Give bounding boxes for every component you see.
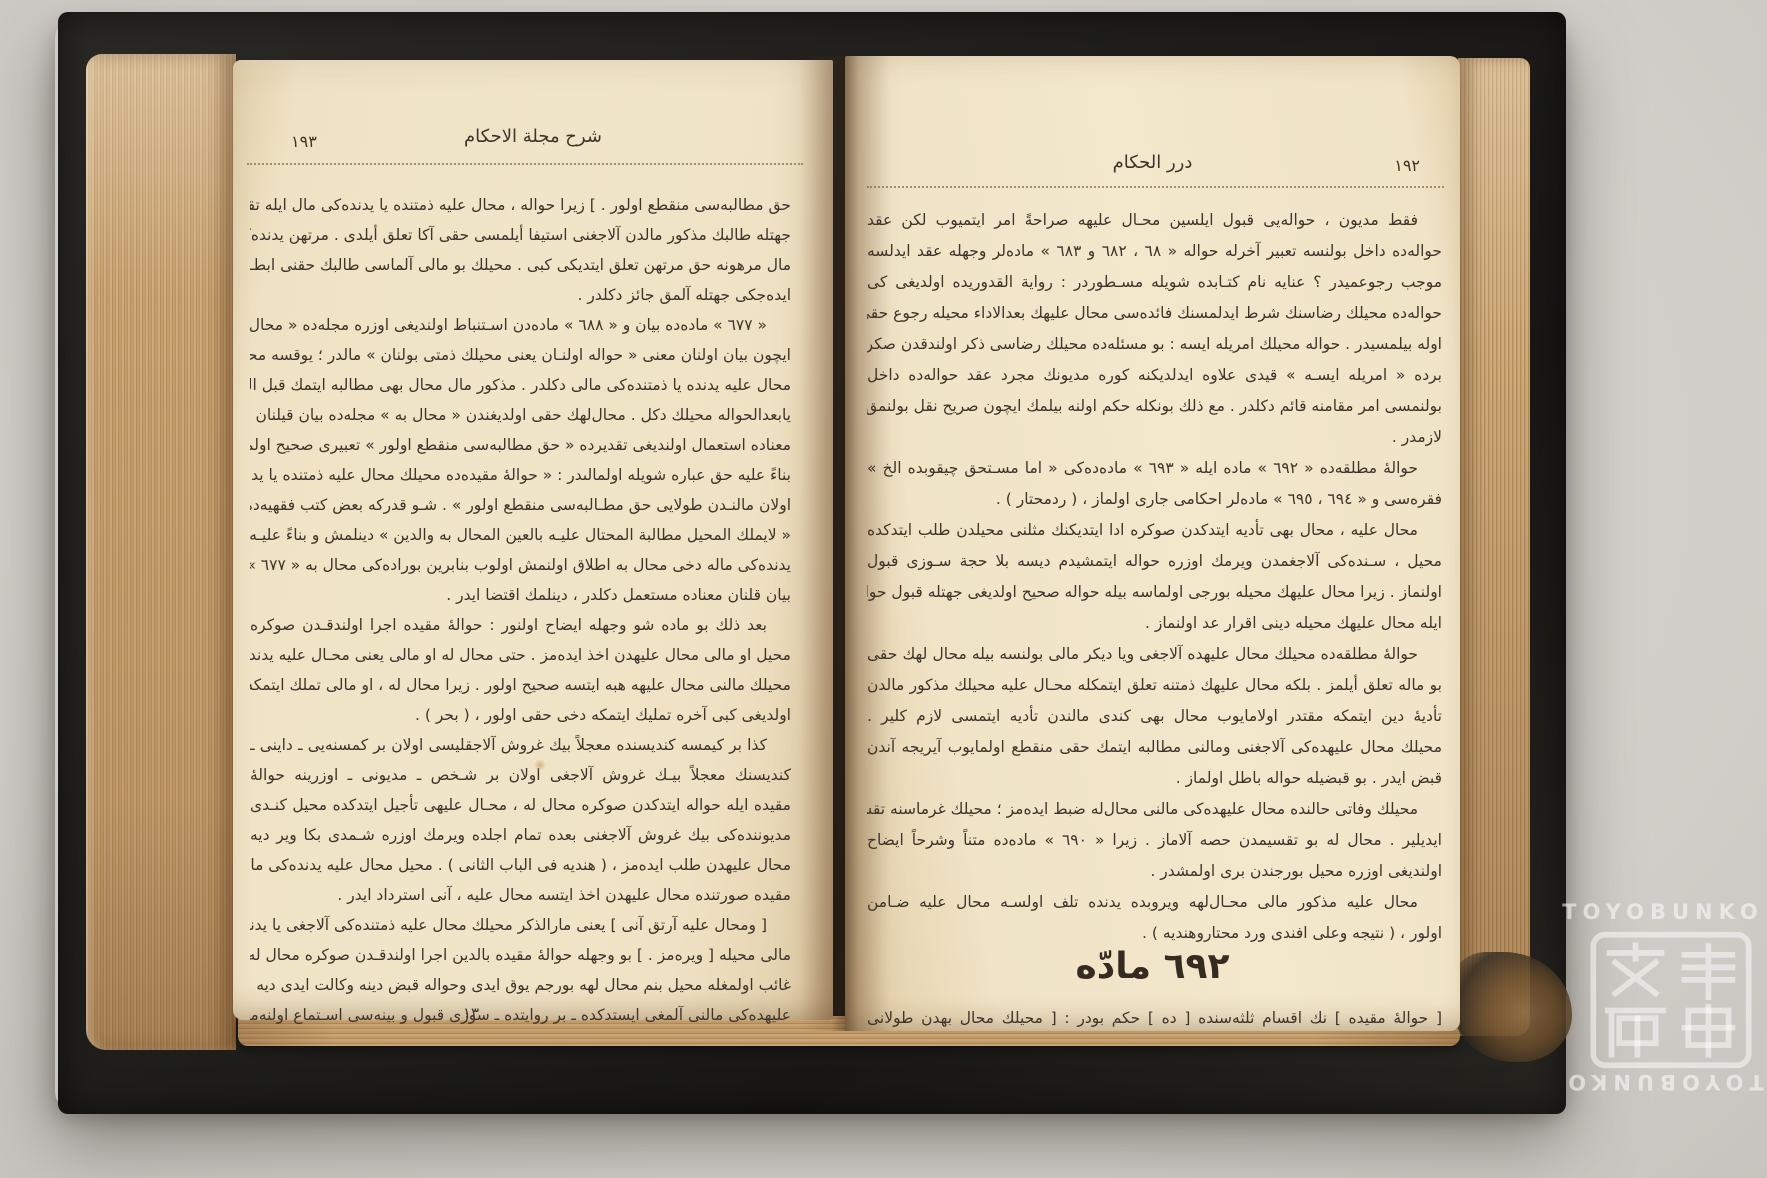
text-line: فقره‌سى و « ٦٩٤ ، ٦٩٥ » ماده‌لر احكامى ج… xyxy=(867,484,1442,515)
text-line: مقيده ايله حواله ايتدكدن صوكره محال له ،… xyxy=(250,790,791,820)
text-line: اولور ، ( نتيجه وعلى افندى ورد محتاروهند… xyxy=(867,918,1442,949)
text-line: كذا بر كيمسه كنديسنده معجلاً بيك غروش آل… xyxy=(250,730,791,760)
text-line: بيان قلنان معناده مستعمل دكلدر ، دينلمك … xyxy=(250,580,791,610)
text-line: محال عليه مذكور مالى محـال‌لهه ويروبده ي… xyxy=(867,887,1442,918)
toyo-bunko-watermark-text-mirrored: TOYOBUNKO xyxy=(1558,1070,1767,1094)
text-line: يدنده‌كى ماله دخى محال به اطلاق اولنمش ا… xyxy=(250,550,791,580)
text-line: « ٦٧٧ » ماده‌ده بيان و « ٦٨٨ » ماده‌دن ا… xyxy=(250,310,791,340)
text-line: اوله بيلمسيدر . حواله محيلك امريله ايسه … xyxy=(867,329,1442,360)
text-line: بولنمسى امر مقامنه قائم دكلدر . مع ذلك ب… xyxy=(867,391,1442,422)
text-line: قبض ايدر . بو قبضيله حواله باطل اولماز . xyxy=(867,763,1442,794)
text-line: ايچون بيان اولنان معنى « حواله اولنـان ي… xyxy=(250,340,791,370)
text-line: « لايملك المحيل مطالبة المحتال عليـه بال… xyxy=(250,520,791,550)
text-line: [ حوالهٔ مقيده ] نك اقسام ثلثه‌سنده [ ده… xyxy=(867,1002,1442,1034)
text-line: مالى محيله [ ويره‌مز . ] بو وجهله حوالهٔ… xyxy=(250,940,791,970)
text-line: حوالهٔ مطلقه‌ده محيلك محال عليهده آلاجغى… xyxy=(867,639,1442,670)
text-line: محال عليهدن طلب ايده‌مز ، ( هنديه فى الب… xyxy=(250,850,791,880)
text-line: برده « امريله ايسـه » قيدى علاوه ايدلديك… xyxy=(867,360,1442,391)
text-line: اولنماز . زيرا محال عليهك محيله بورجى او… xyxy=(867,577,1442,608)
text-line: بعد ذلك بو ماده شو وجهله ايضاح اولنور : … xyxy=(250,610,791,640)
page-edges-right xyxy=(1458,58,1530,1036)
right-page: ١٩٢ درر الحكام فقط مديون ، حواله‌يى قبول… xyxy=(845,56,1460,1031)
text-line: محيلك مالنى محال عليهه هبه ايتسه صحيح او… xyxy=(250,670,791,700)
text-line: محيل او مالى محال عليهدن اخذ ايده‌مز . ح… xyxy=(250,640,791,670)
text-line: حق مطالبه‌سى منقطع اولور . ] زيرا حواله … xyxy=(250,190,791,220)
text-line: جهتله طالبك مذكور مالدن آلاجغنى استيفا أ… xyxy=(250,220,791,250)
left-page-text: حق مطالبه‌سى منقطع اولور . ] زيرا حواله … xyxy=(250,190,791,1030)
text-line: غائب اولمغله محيل بنم محال لهه بورجم يوق… xyxy=(250,970,791,1000)
text-line: [ ومحال عليه آرتق آنى ] يعنى مارالذكر مح… xyxy=(250,910,791,940)
text-line: ايديلير . محال له بو تقسيمدن حصه آلاماز … xyxy=(867,825,1442,856)
book-photo: ١٩٣ شرح مجلة الاحكام حق مطالبه‌سى منقطع … xyxy=(0,0,1767,1178)
page-edges-left xyxy=(86,54,236,1050)
text-line: يابعدالحواله محيلك دكل . محال‌لهك حقى او… xyxy=(250,400,791,430)
text-line: محال عليه يدنده يا ذمتنده‌كى مالى دكلدر … xyxy=(250,370,791,400)
text-line: اولديغى كبى آخره تمليك ايتمكه دخى حقى او… xyxy=(250,700,791,730)
text-line: اولنديغى اوزره محيل بورجندن برى اولمشدر … xyxy=(867,856,1442,887)
text-line: موجب رجوعميدر ؟ عنايه نام كتـابده شويله … xyxy=(867,267,1442,298)
text-line: مقيده صورتنده محال عليهدن اخذ ايتسه محال… xyxy=(250,880,791,910)
text-line: حواله‌ده محيلك رضاسنك شرط ايدلمسنك فائده… xyxy=(867,298,1442,329)
article-692-text: [ حوالهٔ مقيده ] نك اقسام ثلثه‌سنده [ ده… xyxy=(867,1002,1442,1034)
text-line: ايله محال عليهك محيله دينى اقرار عد اولن… xyxy=(867,608,1442,639)
text-line: عليهده‌كى مالنى آلمغى ايستدكده ـ بر رواي… xyxy=(250,1000,791,1030)
signature-mark: ١٣ xyxy=(463,1004,479,1022)
right-page-header-title: درر الحكام xyxy=(845,152,1460,173)
toyo-bunko-seal-icon xyxy=(1585,930,1757,1070)
text-line: حواله‌ده داخل بولنسه تعبير آخرله حواله «… xyxy=(867,236,1442,267)
text-line: محال عليه ، محال بهى تأديه ايتدكدن صوكره… xyxy=(867,515,1442,546)
header-rule xyxy=(247,163,803,165)
text-line: لازمدر . xyxy=(867,422,1442,453)
article-692-heading: ٦٩٢ مادّه xyxy=(845,946,1460,987)
text-line: كنديسنك معجلاً بيـك غروش آلاجغى اولان بر… xyxy=(250,760,791,790)
text-line: بو ماله تعلق أيلمز . بلكه محال عليهك ذمت… xyxy=(867,670,1442,701)
left-page: ١٩٣ شرح مجلة الاحكام حق مطالبه‌سى منقطع … xyxy=(233,60,833,1020)
header-rule xyxy=(867,186,1444,188)
text-line: محيلك وفاتى حالنده محال عليهده‌كى مالنى … xyxy=(867,794,1442,825)
right-page-text: فقط مديون ، حواله‌يى قبول ايلسين محـال ع… xyxy=(867,205,1442,949)
text-line: مديوننده‌كى بيك غروش آلاجغنى بعده تمام ا… xyxy=(250,820,791,850)
text-line: معناده استعمال اولنديغى تقديرده « حق مطا… xyxy=(250,430,791,460)
text-line: فقط مديون ، حواله‌يى قبول ايلسين محـال ع… xyxy=(867,205,1442,236)
left-page-header-title: شرح مجلة الاحكام xyxy=(233,126,833,147)
text-line: محيلك محال عليهده‌كى آلاجغنى ومالنى مطال… xyxy=(867,732,1442,763)
text-line: حوالهٔ مطلقه‌ده « ٦٩٢ » ماده ايله « ٦٩٣ … xyxy=(867,453,1442,484)
text-line: اولان مالنـدن طولايى حق مطـالبه‌سى منقطع… xyxy=(250,490,791,520)
text-line: بناءً عليه حق عباره شويله اولمالىدر : « … xyxy=(250,460,791,490)
text-line: ايده‌جكى جهتله آلمق جائز دكلدر . xyxy=(250,280,791,310)
text-line: محيل ، سـنده‌كى آلاجغمدن ويرمك اوزره حوا… xyxy=(867,546,1442,577)
text-line: مال مرهونه حق مرتهن تعلق ايتديكى كبى . م… xyxy=(250,250,791,280)
text-line: تأديهٔ دين ايتمكه مقتدر اولامايوب محال ب… xyxy=(867,701,1442,732)
toyo-bunko-watermark-text: TOYOBUNKO xyxy=(1558,900,1767,924)
